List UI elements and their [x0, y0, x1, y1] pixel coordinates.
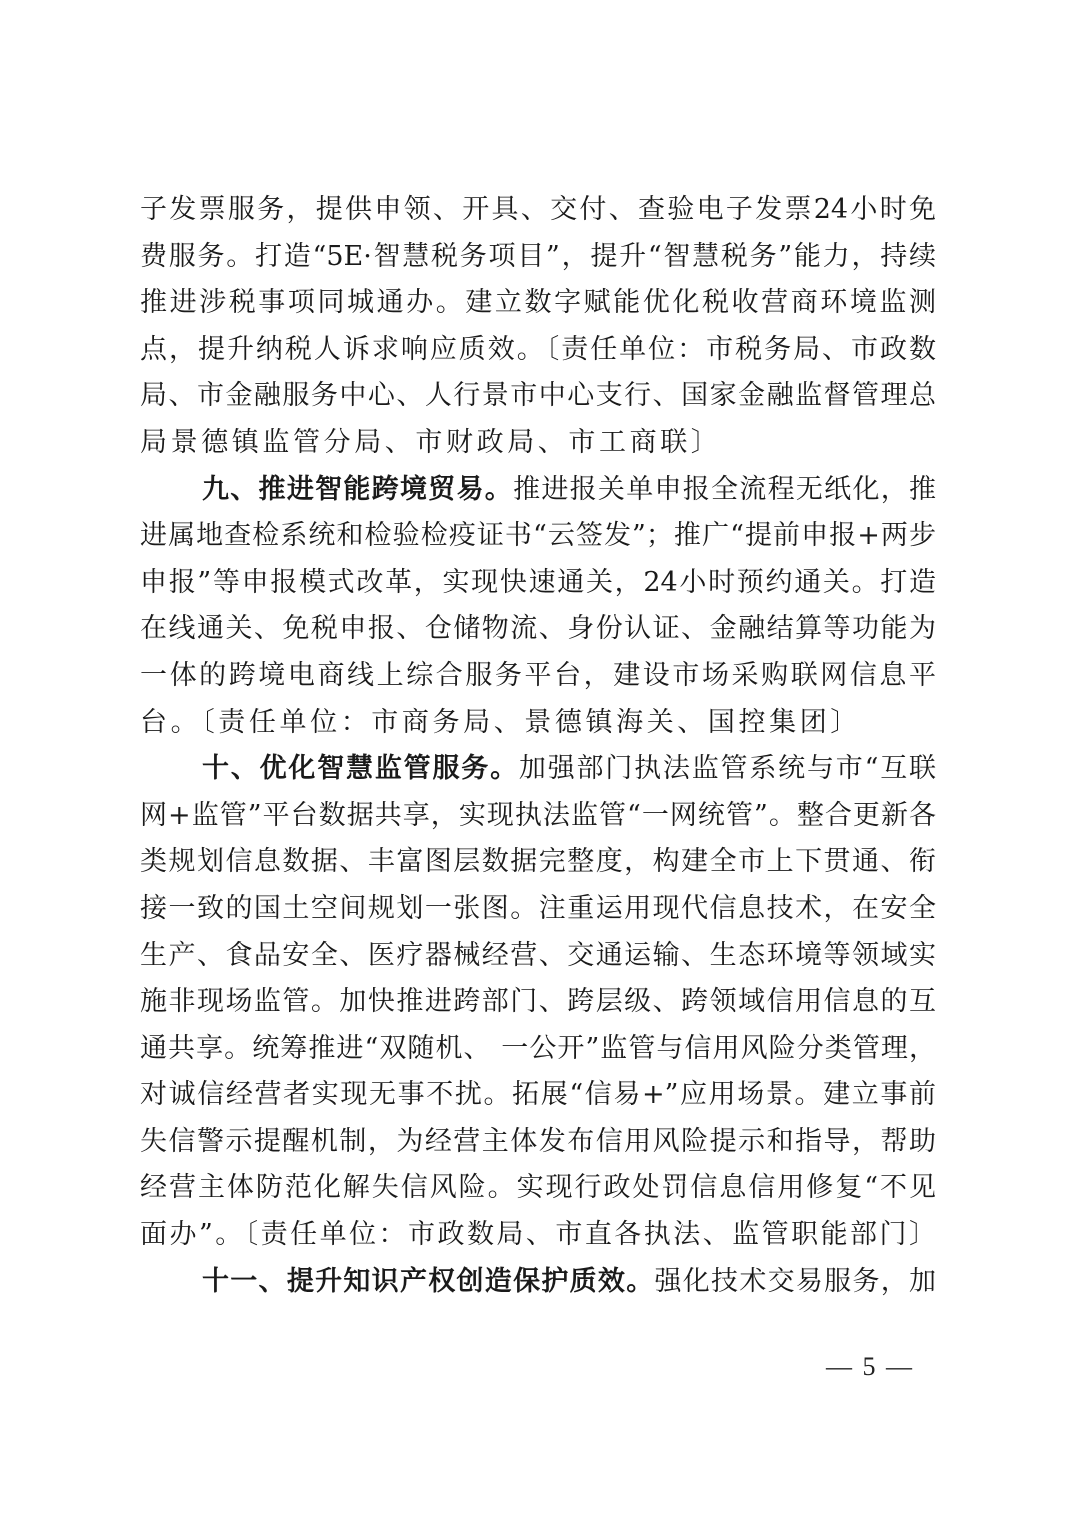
text-line: 子发票服务，提供申领、开具、交付、查验电子发票24小时免 [140, 187, 936, 234]
section-first-line: 九、推进智能跨境贸易。推进报关单申报全流程无纸化，推 [140, 467, 936, 514]
document-page: 子发票服务，提供申领、开具、交付、查验电子发票24小时免 费服务。打造“5E·智… [140, 187, 936, 1305]
text-line: 在线通关、免税申报、仓储物流、身份认证、金融结算等功能为 [140, 606, 936, 653]
paragraph-section-11: 十一、提升知识产权创造保护质效。强化技术交易服务，加 [140, 1259, 936, 1306]
text-line: 对诚信经营者实现无事不扰。拓展“信易+”应用场景。建立事前 [140, 1072, 936, 1119]
text-span: 推进报关单申报全流程无纸化，推 [513, 474, 936, 505]
paragraph-continued: 子发票服务，提供申领、开具、交付、查验电子发票24小时免 费服务。打造“5E·智… [140, 187, 936, 467]
section-heading: 九、推进智能跨境贸易。 [202, 474, 513, 505]
text-line: 接一致的国土空间规划一张图。注重运用现代信息技术，在安全 [140, 886, 936, 933]
page-number: — 5 — [820, 1352, 920, 1382]
text-line: 进属地查检系统和检验检疫证书“云签发”；推广“提前申报+两步 [140, 513, 936, 560]
section-first-line: 十、优化智慧监管服务。加强部门执法监管系统与市“互联 [140, 746, 936, 793]
text-line: 费服务。打造“5E·智慧税务项目”，提升“智慧税务”能力，持续 [140, 234, 936, 281]
text-line: 类规划信息数据、丰富图层数据完整度，构建全市上下贯通、衔 [140, 839, 936, 886]
section-heading: 十、优化智慧监管服务。 [202, 753, 519, 784]
text-line: 生产、食品安全、医疗器械经营、交通运输、生态环境等领域实 [140, 933, 936, 980]
text-span: 加强部门执法监管系统与市“互联 [519, 753, 936, 784]
paragraph-section-9: 九、推进智能跨境贸易。推进报关单申报全流程无纸化，推 进属地查检系统和检验检疫证… [140, 467, 936, 747]
text-line: 申报”等申报模式改革，实现快速通关，24小时预约通关。打造 [140, 560, 936, 607]
section-heading: 十一、提升知识产权创造保护质效。 [202, 1266, 654, 1297]
text-span: 强化技术交易服务，加 [654, 1266, 936, 1297]
text-line: 局、市金融服务中心、人行景市中心支行、国家金融监督管理总 [140, 373, 936, 420]
text-line: 一体的跨境电商线上综合服务平台，建设市场采购联网信息平 [140, 653, 936, 700]
text-line: 失信警示提醒机制，为经营主体发布信用风险提示和指导，帮助 [140, 1119, 936, 1166]
text-line: 推进涉税事项同城通办。建立数字赋能优化税收营商环境监测 [140, 280, 936, 327]
text-line: 面办”。〔责任单位：市政数局、市直各执法、监管职能部门〕 [140, 1212, 936, 1259]
text-line: 局景德镇监管分局、市财政局、市工商联〕 [140, 420, 936, 467]
text-line: 网+监管”平台数据共享，实现执法监管“一网统管”。整合更新各 [140, 793, 936, 840]
text-line: 点，提升纳税人诉求响应质效。〔责任单位：市税务局、市政数 [140, 327, 936, 374]
text-line: 施非现场监管。加快推进跨部门、跨层级、跨领域信用信息的互 [140, 979, 936, 1026]
paragraph-section-10: 十、优化智慧监管服务。加强部门执法监管系统与市“互联 网+监管”平台数据共享，实… [140, 746, 936, 1259]
section-first-line: 十一、提升知识产权创造保护质效。强化技术交易服务，加 [140, 1259, 936, 1306]
text-line: 通共享。统筹推进“双随机、 一公开”监管与信用风险分类管理， [140, 1026, 936, 1073]
text-line: 经营主体防范化解失信风险。实现行政处罚信息信用修复“不见 [140, 1165, 936, 1212]
text-line: 台。〔责任单位：市商务局、景德镇海关、国控集团〕 [140, 700, 936, 747]
